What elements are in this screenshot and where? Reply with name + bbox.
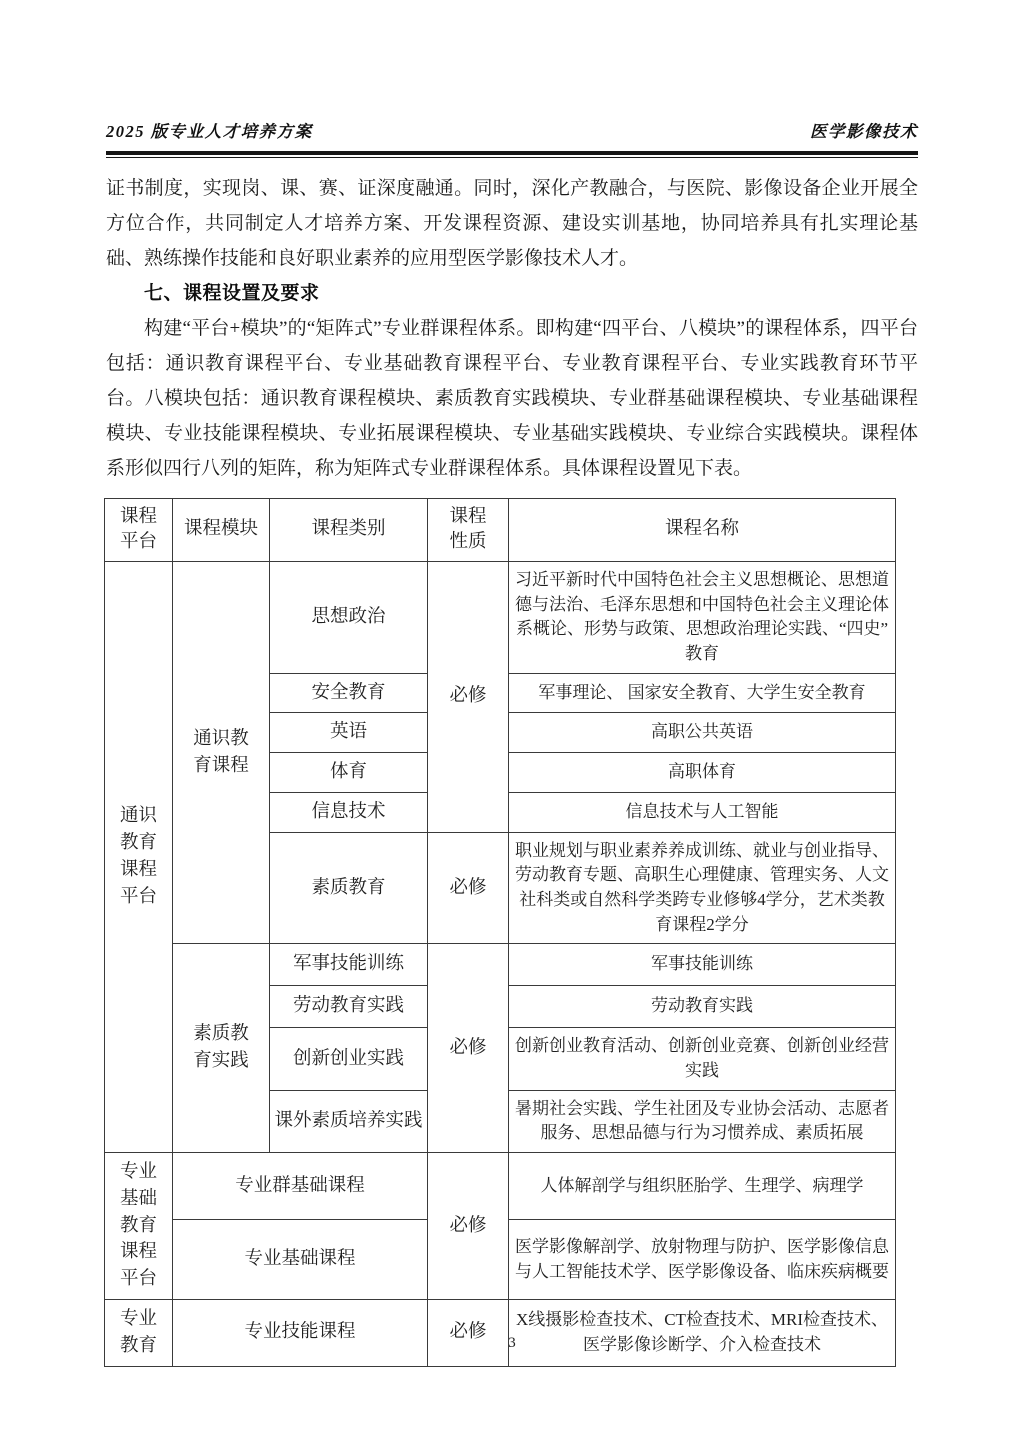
section-heading: 七、课程设置及要求 (106, 276, 918, 311)
header-rule-thick (106, 151, 918, 155)
doc-header: 2025 版专业人才培养方案 医学影像技术 (106, 0, 918, 151)
header-cell-platform: 课程平台 (105, 499, 173, 562)
category-cell: 劳动教育实践 (270, 986, 428, 1028)
category-cell-merged: 专业基础课程 (173, 1220, 428, 1300)
header-cell-module: 课程模块 (173, 499, 270, 562)
header-cell-nature: 课程性质 (428, 499, 509, 562)
category-cell: 课外素质培养实践 (270, 1090, 428, 1152)
course-name-cell: 习近平新时代中国特色社会主义思想概论、思想道德与法治、毛泽东思想和中国特色社会主… (509, 561, 896, 673)
category-cell: 体育 (270, 753, 428, 793)
page-number: 3 (508, 1335, 516, 1351)
nature-cell: 必修 (428, 1299, 509, 1366)
course-name-cell: 创新创业教育活动、创新创业竞赛、创新创业经营实践 (509, 1028, 896, 1090)
category-cell: 信息技术 (270, 792, 428, 832)
header-cell-name: 课程名称 (509, 499, 896, 562)
module-label: 通识教育课程 (191, 726, 250, 780)
document-page: 2025 版专业人才培养方案 医学影像技术 证书制度，实现岗、课、赛、证深度融通… (0, 0, 1024, 1448)
category-cell: 素质教育 (270, 832, 428, 944)
page-footer: 3 (0, 1334, 1024, 1352)
module-cell-general-courses: 通识教育课程 (173, 561, 270, 943)
course-name-cell: 劳动教育实践 (509, 986, 896, 1028)
category-cell: 思想政治 (270, 561, 428, 673)
category-cell: 创新创业实践 (270, 1028, 428, 1090)
course-name-cell: 人体解剖学与组织胚胎学、生理学、病理学 (509, 1152, 896, 1219)
category-cell: 军事技能训练 (270, 944, 428, 986)
table-header-row: 课程平台 课程模块 课程类别 课程性质 课程名称 (105, 499, 896, 562)
platform-cell-general-education: 通识教育课程平台 (105, 561, 173, 1152)
nature-cell: 必修 (428, 944, 509, 1153)
category-cell-merged: 专业技能课程 (173, 1299, 428, 1366)
body-paragraph-1: 证书制度，实现岗、课、赛、证深度融通。同时，深化产教融合，与医院、影像设备企业开… (106, 171, 918, 276)
header-rule-thin (106, 157, 918, 158)
course-name-cell: 信息技术与人工智能 (509, 792, 896, 832)
course-name-cell: 职业规划与职业素养养成训练、就业与创业指导、劳动教育专题、高职生心理健康、管理实… (509, 832, 896, 944)
category-cell-merged: 专业群基础课程 (173, 1152, 428, 1219)
course-name-cell: 高职公共英语 (509, 713, 896, 753)
module-label: 素质教育实践 (191, 1021, 250, 1075)
platform-label: 专业基础教育课程平台 (119, 1159, 159, 1293)
category-cell: 安全教育 (270, 673, 428, 713)
module-cell-quality-practice: 素质教育实践 (173, 944, 270, 1153)
course-name-cell: 高职体育 (509, 753, 896, 793)
table-row: 专业教育 专业技能课程 必修 X线摄影检查技术、CT检查技术、MRI检查技术、医… (105, 1299, 896, 1366)
course-name-cell: 暑期社会实践、学生社团及专业协会活动、志愿者服务、思想品德与行为习惯养成、素质拓… (509, 1090, 896, 1152)
nature-cell: 必修 (428, 1152, 509, 1299)
category-cell: 英语 (270, 713, 428, 753)
course-name-cell: X线摄影检查技术、CT检查技术、MRI检查技术、医学影像诊断学、介入检查技术 (509, 1299, 896, 1366)
table-row: 素质教育实践 军事技能训练 必修 军事技能训练 (105, 944, 896, 986)
course-name-cell: 军事技能训练 (509, 944, 896, 986)
body-paragraph-2: 构建“平台+模块”的“矩阵式”专业群课程体系。即构建“四平台、八模块”的课程体系… (106, 311, 918, 486)
table-row: 通识教育课程平台 通识教育课程 思想政治 必修 习近平新时代中国特色社会主义思想… (105, 561, 896, 673)
platform-label: 通识教育课程平台 (119, 803, 159, 910)
course-table: 课程平台 课程模块 课程类别 课程性质 课程名称 通识教育课程平台 通识教育课程… (104, 498, 896, 1367)
nature-cell: 必修 (428, 832, 509, 944)
platform-cell-professional-education: 专业教育 (105, 1299, 173, 1366)
header-cell-category: 课程类别 (270, 499, 428, 562)
platform-cell-professional-basic: 专业基础教育课程平台 (105, 1152, 173, 1299)
header-cell-nature-label: 课程性质 (448, 505, 488, 555)
header-cell-platform-label: 课程平台 (119, 505, 159, 555)
table-row: 专业基础教育课程平台 专业群基础课程 必修 人体解剖学与组织胚胎学、生理学、病理… (105, 1152, 896, 1219)
nature-cell: 必修 (428, 561, 509, 832)
header-left-title: 2025 版专业人才培养方案 (106, 118, 313, 142)
course-name-cell: 医学影像解剖学、放射物理与防护、医学影像信息与人工智能技术学、医学影像设备、临床… (509, 1220, 896, 1300)
header-right-title: 医学影像技术 (810, 118, 918, 142)
course-name-cell: 军事理论、 国家安全教育、大学生安全教育 (509, 673, 896, 713)
body-text-block: 证书制度，实现岗、课、赛、证深度融通。同时，深化产教融合，与医院、影像设备企业开… (106, 171, 918, 486)
